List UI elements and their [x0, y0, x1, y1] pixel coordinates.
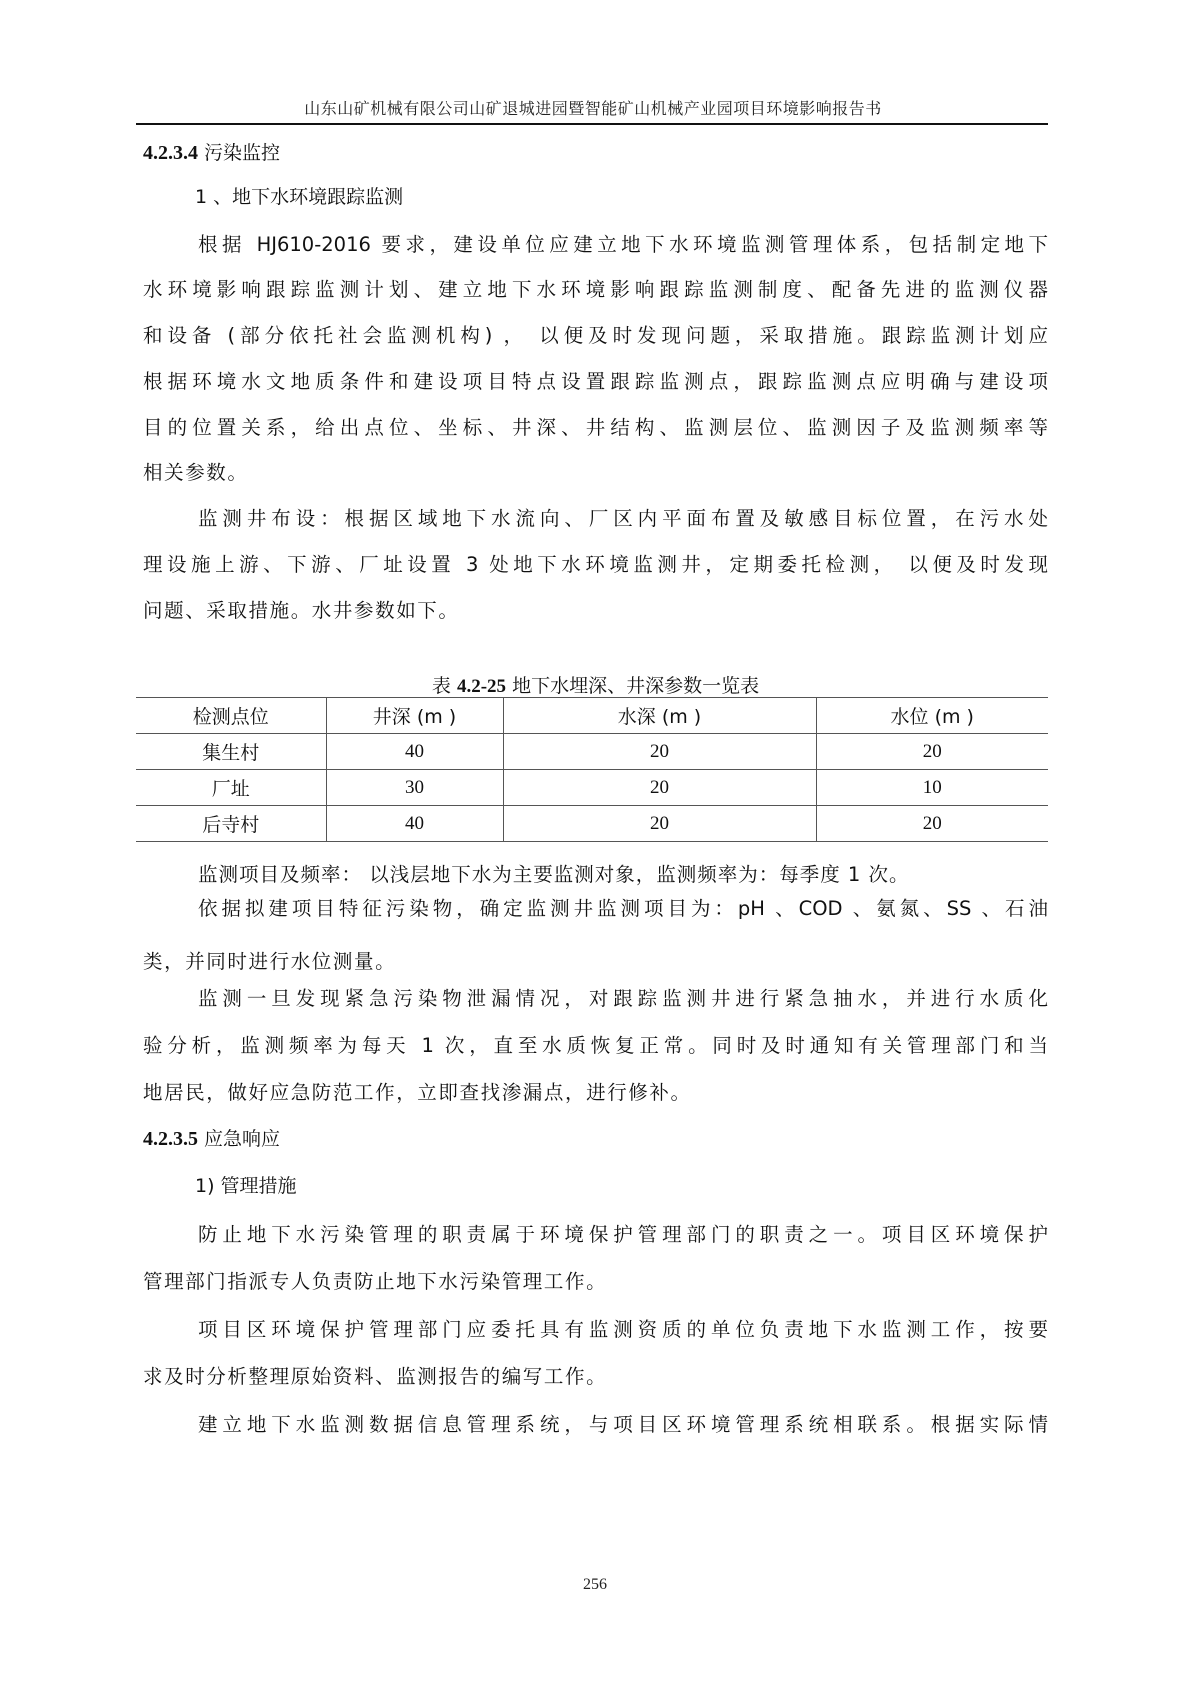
subheading-management-measures: 1) 管理措施 [195, 1171, 297, 1198]
section-title: 应急响应 [204, 1128, 280, 1150]
table-header-row: 检测点位 井深 (m ) 水深 (m ) 水位 (m ) [136, 698, 1048, 734]
table-row: 集生村 40 20 20 [136, 734, 1048, 770]
paragraph-line: 相关参数。 [143, 457, 1048, 485]
caption-number: 4.2-25 [457, 676, 506, 697]
section-title: 污染监控 [204, 142, 280, 164]
column-header: 水深 (m ) [503, 698, 816, 734]
paragraph-line: 项目区环境保护管理部门应委托具有监测资质的单位负责地下水监测工作，按要 [198, 1314, 1048, 1342]
paragraph-line: 根据 HJ610-2016 要求，建设单位应建立地下水环境监测管理体系，包括制定… [198, 229, 1048, 257]
column-header: 水位 (m ) [816, 698, 1048, 734]
cell-water-depth: 20 [503, 806, 816, 842]
table-row: 厂址 30 20 10 [136, 770, 1048, 806]
header-rule [136, 123, 1048, 125]
cell-water-level: 20 [816, 806, 1048, 842]
section-number: 4.2.3.5 [143, 1128, 198, 1150]
table-caption: 表 4.2-25 地下水埋深、井深参数一览表 [143, 671, 1048, 698]
section-heading-4-2-3-4: 4.2.3.4 污染监控 [143, 138, 280, 165]
cell-water-depth: 20 [503, 770, 816, 806]
section-heading-4-2-3-5: 4.2.3.5 应急响应 [143, 1124, 280, 1151]
cell-water-depth: 20 [503, 734, 816, 770]
caption-title: 地下水埋深、井深参数一览表 [512, 675, 759, 697]
paragraph-line: 监测项目及频率： 以浅层地下水为主要监测对象，监测频率为：每季度 1 次。 [198, 859, 1048, 887]
page-number: 256 [0, 1576, 1190, 1594]
paragraph-line: 建立地下水监测数据信息管理系统，与项目区环境管理系统相联系。根据实际情 [198, 1409, 1048, 1437]
cell-site: 后寺村 [136, 806, 326, 842]
paragraph-line: 水环境影响跟踪监测计划、建立地下水环境影响跟踪监测制度、配备先进的监测仪器 [143, 274, 1048, 302]
paragraph-line: 求及时分析整理原始资料、监测报告的编写工作。 [143, 1361, 1048, 1389]
caption-prefix: 表 [432, 675, 451, 697]
column-header: 检测点位 [136, 698, 326, 734]
paragraph-line: 和设备 (部分依托社会监测机构) ， 以便及时发现问题，采取措施。跟踪监测计划应 [143, 320, 1048, 348]
cell-site: 集生村 [136, 734, 326, 770]
well-parameters-table: 检测点位 井深 (m ) 水深 (m ) 水位 (m ) 集生村 40 20 2… [136, 697, 1048, 842]
section-number: 4.2.3.4 [143, 142, 198, 164]
cell-well-depth: 40 [326, 806, 503, 842]
paragraph-line: 目的位置关系，给出点位、坐标、井深、井结构、监测层位、监测因子及监测频率等 [143, 412, 1048, 440]
table-row: 后寺村 40 20 20 [136, 806, 1048, 842]
cell-site: 厂址 [136, 770, 326, 806]
paragraph-line: 理设施上游、下游、厂址设置 3 处地下水环境监测井，定期委托检测， 以便及时发现 [143, 549, 1048, 577]
paragraph-line: 根据环境水文地质条件和建设项目特点设置跟踪监测点，跟踪监测点应明确与建设项 [143, 366, 1048, 394]
cell-well-depth: 40 [326, 734, 503, 770]
paragraph-line: 地居民，做好应急防范工作，立即查找渗漏点，进行修补。 [143, 1077, 1048, 1105]
paragraph-line: 依据拟建项目特征污染物，确定监测井监测项目为：pH 、COD 、氨氮、SS 、石… [198, 893, 1048, 921]
paragraph-line: 防止地下水污染管理的职责属于环境保护管理部门的职责之一。项目区环境保护 [198, 1219, 1048, 1247]
paragraph-line: 类，并同时进行水位测量。 [143, 946, 1048, 974]
column-header: 井深 (m ) [326, 698, 503, 734]
running-header: 山东山矿机械有限公司山矿退城进园暨智能矿山机械产业园项目环境影响报告书 [143, 96, 1043, 119]
paragraph-line: 管理部门指派专人负责防止地下水污染管理工作。 [143, 1266, 1048, 1294]
paragraph-line: 验分析，监测频率为每天 1 次，直至水质恢复正常。同时及时通知有关管理部门和当 [143, 1030, 1048, 1058]
subheading-groundwater-monitoring: 1 、地下水环境跟踪监测 [195, 182, 403, 209]
cell-water-level: 10 [816, 770, 1048, 806]
paragraph-line: 监测一旦发现紧急污染物泄漏情况，对跟踪监测井进行紧急抽水，并进行水质化 [198, 983, 1048, 1011]
document-page: 山东山矿机械有限公司山矿退城进园暨智能矿山机械产业园项目环境影响报告书 4.2.… [0, 0, 1190, 1683]
paragraph-line: 监测井布设：根据区域地下水流向、厂区内平面布置及敏感目标位置，在污水处 [198, 503, 1048, 531]
cell-well-depth: 30 [326, 770, 503, 806]
paragraph-line: 问题、采取措施。水井参数如下。 [143, 595, 1048, 623]
cell-water-level: 20 [816, 734, 1048, 770]
